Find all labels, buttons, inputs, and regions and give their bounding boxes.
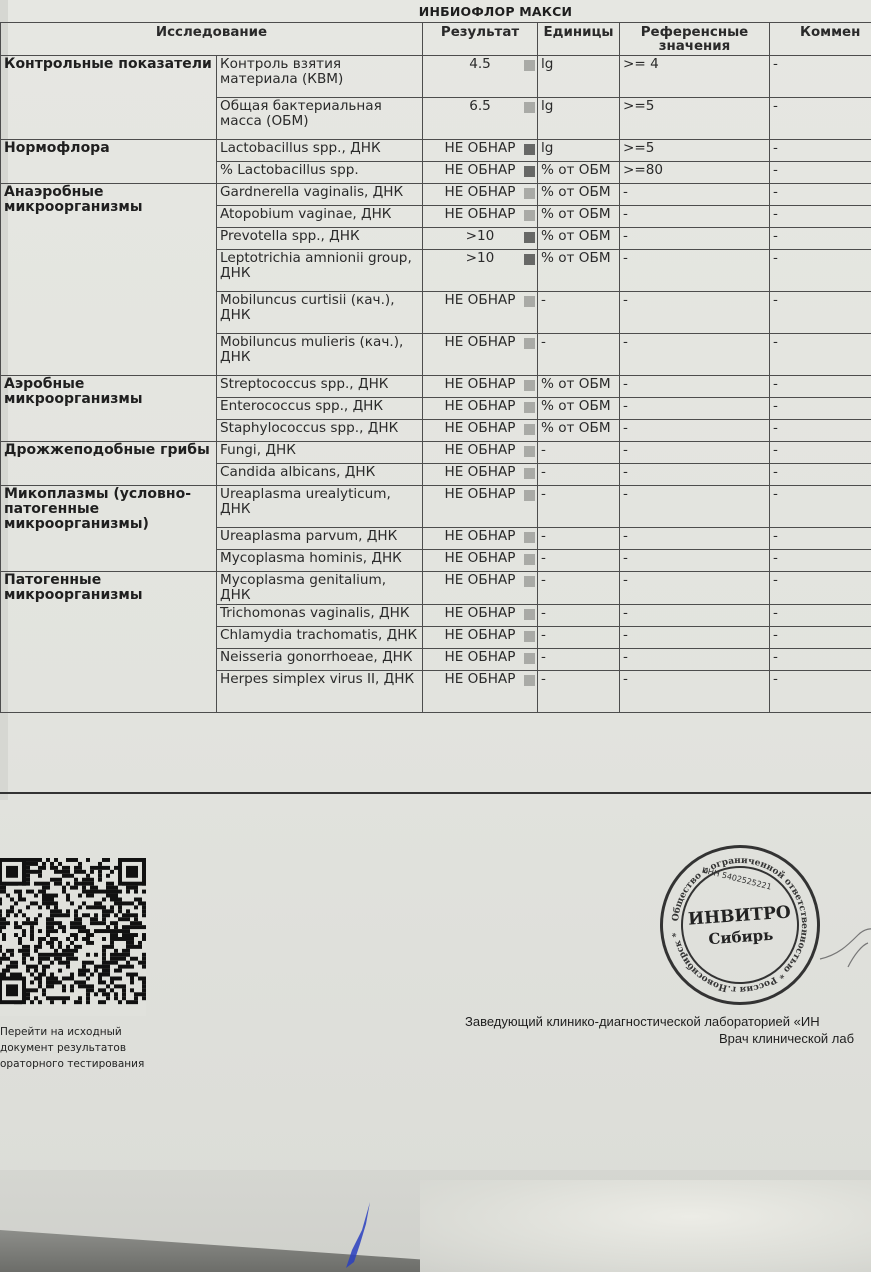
result-level-square-icon [524, 631, 535, 642]
reference-value-text: - [623, 376, 628, 392]
comment-value-text: - [773, 442, 778, 458]
units-value-text: - [541, 464, 546, 480]
comment-value-text: - [773, 228, 778, 244]
result-value-text: НЕ ОБНАР [445, 184, 516, 200]
comment-value-text: - [773, 56, 778, 72]
reference-value: - [620, 292, 770, 334]
comment-value: - [770, 649, 871, 671]
result-level-square-icon [524, 402, 535, 413]
units-value: - [538, 442, 620, 464]
result-value-text: НЕ ОБНАР [445, 572, 516, 588]
test-name: Prevotella spp., ДНК [217, 228, 423, 250]
comment-value-text: - [773, 140, 778, 156]
result-value-text: НЕ ОБНАР [445, 162, 516, 178]
result-value: НЕ ОБНАР [423, 464, 538, 486]
comment-value-text: - [773, 398, 778, 414]
reference-value-text: - [623, 671, 628, 687]
comment-value-text: - [773, 627, 778, 643]
result-level-square-icon [524, 60, 535, 71]
result-level-square-icon [524, 254, 535, 265]
units-value-text: % от ОБМ [541, 162, 611, 178]
units-value-text: - [541, 528, 546, 544]
units-value: - [538, 605, 620, 627]
result-level-square-icon [524, 232, 535, 243]
test-name-text: Trichomonas vaginalis, ДНК [220, 605, 409, 621]
comment-value-text: - [773, 162, 778, 178]
result-value-text: >10 [466, 228, 495, 244]
units-value: lg [538, 98, 620, 140]
test-name-text: Lactobacillus spp., ДНК [220, 140, 381, 156]
result-level-square-icon [524, 380, 535, 391]
qr-caption: Перейти на исходный документ результатов… [0, 1024, 160, 1072]
test-name: Leptotrichia amnionii group, ДНК [217, 250, 423, 292]
comment-value: - [770, 550, 871, 572]
reference-value: >=5 [620, 140, 770, 162]
result-level-square-icon [524, 468, 535, 479]
test-name-text: Общая бактериальная масса (ОБМ) [220, 98, 382, 129]
signature-scribble [818, 915, 871, 975]
table-header-row: Исследование Результат Единицы Референсн… [1, 23, 871, 56]
result-level-square-icon [524, 102, 535, 113]
group-label: Микоплазмы (условно-патогенные микроорга… [1, 486, 217, 572]
reference-value-text: - [623, 420, 628, 436]
result-value: НЕ ОБНАР [423, 162, 538, 184]
units-value-text: - [541, 627, 546, 643]
reference-value-text: - [623, 572, 628, 588]
reference-value: - [620, 420, 770, 442]
result-value: НЕ ОБНАР [423, 292, 538, 334]
result-value-text: НЕ ОБНАР [445, 420, 516, 436]
comment-value: - [770, 398, 871, 420]
result-level-square-icon [524, 210, 535, 221]
results-table: Исследование Результат Единицы Референсн… [0, 22, 871, 713]
units-value-text: - [541, 486, 546, 502]
units-value-text: - [541, 292, 546, 308]
comment-value: - [770, 206, 871, 228]
comment-value: - [770, 98, 871, 140]
result-level-square-icon [524, 609, 535, 620]
test-name-text: Leptotrichia amnionii group, ДНК [220, 250, 412, 281]
result-value-text: НЕ ОБНАР [445, 140, 516, 156]
table-row: Анаэробные микроорганизмыGardnerella vag… [1, 184, 871, 206]
units-value: - [538, 671, 620, 713]
qr-code[interactable] [0, 858, 146, 1016]
units-value-text: lg [541, 98, 553, 114]
organization-stamp: Общество с ограниченной ответственностью… [655, 840, 826, 1011]
reference-value: - [620, 228, 770, 250]
group-label: Дрожжеподобные грибы [1, 442, 217, 486]
units-value: - [538, 627, 620, 649]
result-value: >10 [423, 250, 538, 292]
test-name: Chlamydia trachomatis, ДНК [217, 627, 423, 649]
comment-value-text: - [773, 605, 778, 621]
result-level-square-icon [524, 446, 535, 457]
reference-value: - [620, 250, 770, 292]
result-value: НЕ ОБНАР [423, 420, 538, 442]
test-name-text: Candida albicans, ДНК [220, 464, 375, 480]
comment-value: - [770, 572, 871, 605]
comment-value-text: - [773, 486, 778, 502]
reference-value-text: >=5 [623, 140, 654, 156]
result-level-square-icon [524, 424, 535, 435]
result-value: >10 [423, 228, 538, 250]
group-label: Анаэробные микроорганизмы [1, 184, 217, 376]
test-name: Atopobium vaginae, ДНК [217, 206, 423, 228]
test-name-text: % Lactobacillus spp. [220, 162, 359, 178]
test-name: Herpes simplex virus II, ДНК [217, 671, 423, 713]
reference-value-text: - [623, 464, 628, 480]
units-value: - [538, 649, 620, 671]
result-value-text: НЕ ОБНАР [445, 464, 516, 480]
result-level-square-icon [524, 653, 535, 664]
comment-value: - [770, 184, 871, 206]
result-value-text: НЕ ОБНАР [445, 334, 516, 350]
reference-value-text: - [623, 228, 628, 244]
test-name: Mobiluncus curtisii (кач.), ДНК [217, 292, 423, 334]
comment-value: - [770, 486, 871, 528]
result-level-square-icon [524, 532, 535, 543]
result-level-square-icon [524, 166, 535, 177]
result-value-text: >10 [466, 250, 495, 266]
result-value-text: НЕ ОБНАР [445, 292, 516, 308]
result-value: НЕ ОБНАР [423, 486, 538, 528]
signature-doctor-line: Врач клинической лаб [719, 1031, 854, 1046]
result-value-text: НЕ ОБНАР [445, 605, 516, 621]
result-value: НЕ ОБНАР [423, 376, 538, 398]
units-value-text: - [541, 442, 546, 458]
units-value: - [538, 486, 620, 528]
units-value-text: % от ОБМ [541, 376, 611, 392]
test-name: Trichomonas vaginalis, ДНК [217, 605, 423, 627]
test-name-text: Mycoplasma genitalium, ДНК [220, 572, 386, 603]
reference-value-text: - [623, 528, 628, 544]
comment-value-text: - [773, 420, 778, 436]
reference-value-text: - [623, 649, 628, 665]
units-value: lg [538, 140, 620, 162]
reference-value-text: - [623, 292, 628, 308]
reference-value: - [620, 442, 770, 464]
result-value-text: НЕ ОБНАР [445, 528, 516, 544]
test-name: Gardnerella vaginalis, ДНК [217, 184, 423, 206]
comment-value: - [770, 162, 871, 184]
units-value: % от ОБМ [538, 162, 620, 184]
table-row: Микоплазмы (условно-патогенные микроорга… [1, 486, 871, 528]
reference-value-text: - [623, 184, 628, 200]
units-value: lg [538, 56, 620, 98]
test-name: Staphylococcus spp., ДНК [217, 420, 423, 442]
reference-value-text: - [623, 550, 628, 566]
comment-value: - [770, 420, 871, 442]
result-value-text: НЕ ОБНАР [445, 376, 516, 392]
comment-value: - [770, 442, 871, 464]
comment-value-text: - [773, 206, 778, 222]
comment-value-text: - [773, 184, 778, 200]
result-level-square-icon [524, 675, 535, 686]
test-name: % Lactobacillus spp. [217, 162, 423, 184]
result-value: 6.5 [423, 98, 538, 140]
units-value: - [538, 464, 620, 486]
result-value-text: НЕ ОБНАР [445, 206, 516, 222]
result-level-square-icon [524, 144, 535, 155]
reference-value: - [620, 649, 770, 671]
units-value: % от ОБМ [538, 206, 620, 228]
units-value-text: - [541, 334, 546, 350]
result-value: НЕ ОБНАР [423, 649, 538, 671]
test-name: Mycoplasma hominis, ДНК [217, 550, 423, 572]
units-value-text: % от ОБМ [541, 420, 611, 436]
result-value: НЕ ОБНАР [423, 605, 538, 627]
report-title: ИНБИОФЛОР МАКСИ [0, 4, 871, 19]
group-label: Патогенные микроорганизмы [1, 572, 217, 713]
reference-value: - [620, 605, 770, 627]
test-name-text: Chlamydia trachomatis, ДНК [220, 627, 417, 643]
table-row: НормофлораLactobacillus spp., ДНКНЕ ОБНА… [1, 140, 871, 162]
result-value: НЕ ОБНАР [423, 334, 538, 376]
result-value: НЕ ОБНАР [423, 184, 538, 206]
units-value: % от ОБМ [538, 250, 620, 292]
reference-value: - [620, 184, 770, 206]
comment-value-text: - [773, 250, 778, 266]
units-value-text: - [541, 605, 546, 621]
result-value: НЕ ОБНАР [423, 398, 538, 420]
reference-value-text: - [623, 206, 628, 222]
test-name-text: Mycoplasma hominis, ДНК [220, 550, 402, 566]
test-name: Enterococcus spp., ДНК [217, 398, 423, 420]
test-name-text: Staphylococcus spp., ДНК [220, 420, 398, 436]
result-value-text: НЕ ОБНАР [445, 398, 516, 414]
units-value: - [538, 528, 620, 550]
result-level-square-icon [524, 296, 535, 307]
comment-value-text: - [773, 98, 778, 114]
result-value: НЕ ОБНАР [423, 572, 538, 605]
units-value-text: % от ОБМ [541, 228, 611, 244]
table-bottom-border [0, 792, 871, 794]
test-name-text: Fungi, ДНК [220, 442, 296, 458]
group-label: Контрольные показатели [1, 56, 217, 140]
reference-value: - [620, 671, 770, 713]
result-value-text: НЕ ОБНАР [445, 442, 516, 458]
test-name-text: Mobiluncus curtisii (кач.), ДНК [220, 292, 395, 323]
comment-value: - [770, 292, 871, 334]
reference-value: - [620, 376, 770, 398]
test-name-text: Gardnerella vaginalis, ДНК [220, 184, 403, 200]
reference-value-text: >=80 [623, 162, 663, 178]
reference-value-text: - [623, 442, 628, 458]
test-name-text: Neisseria gonorrhoeae, ДНК [220, 649, 413, 665]
units-value: % от ОБМ [538, 398, 620, 420]
units-value: % от ОБМ [538, 228, 620, 250]
test-name-text: Контроль взятия материала (КВМ) [220, 56, 343, 87]
result-value-text: НЕ ОБНАР [445, 550, 516, 566]
reference-value: - [620, 464, 770, 486]
test-name-text: Herpes simplex virus II, ДНК [220, 671, 414, 687]
reference-value-text: >=5 [623, 98, 654, 114]
reference-value: - [620, 206, 770, 228]
reference-value: >=80 [620, 162, 770, 184]
test-name: Fungi, ДНК [217, 442, 423, 464]
result-value-text: 4.5 [469, 56, 491, 72]
table-row: Аэробные микроорганизмыStreptococcus spp… [1, 376, 871, 398]
test-name: Candida albicans, ДНК [217, 464, 423, 486]
result-level-square-icon [524, 490, 535, 501]
comment-value-text: - [773, 649, 778, 665]
units-value-text: % от ОБМ [541, 184, 611, 200]
test-name: Ureaplasma parvum, ДНК [217, 528, 423, 550]
comment-value: - [770, 250, 871, 292]
test-name-text: Atopobium vaginae, ДНК [220, 206, 391, 222]
test-name-text: Ureaplasma urealyticum, ДНК [220, 486, 391, 517]
reference-value: - [620, 486, 770, 528]
units-value-text: lg [541, 56, 553, 72]
result-value: НЕ ОБНАР [423, 627, 538, 649]
units-value-text: - [541, 649, 546, 665]
units-value: % от ОБМ [538, 184, 620, 206]
comment-value: - [770, 376, 871, 398]
col-header-result: Результат [423, 23, 538, 56]
result-value-text: НЕ ОБНАР [445, 649, 516, 665]
reference-value: - [620, 398, 770, 420]
reference-value-text: - [623, 250, 628, 266]
comment-value-text: - [773, 528, 778, 544]
comment-value: - [770, 605, 871, 627]
units-value: - [538, 292, 620, 334]
result-level-square-icon [524, 576, 535, 587]
reference-value: - [620, 334, 770, 376]
comment-value: - [770, 228, 871, 250]
units-value-text: - [541, 572, 546, 588]
units-value-text: - [541, 550, 546, 566]
col-header-units: Единицы [538, 23, 620, 56]
reference-value: >= 4 [620, 56, 770, 98]
reference-value: - [620, 528, 770, 550]
test-name-text: Ureaplasma parvum, ДНК [220, 528, 397, 544]
units-value: % от ОБМ [538, 420, 620, 442]
units-value-text: - [541, 671, 546, 687]
comment-value: - [770, 464, 871, 486]
comment-value-text: - [773, 334, 778, 350]
test-name: Mycoplasma genitalium, ДНК [217, 572, 423, 605]
comment-value-text: - [773, 292, 778, 308]
group-label: Нормофлора [1, 140, 217, 184]
test-name: Lactobacillus spp., ДНК [217, 140, 423, 162]
test-name: Общая бактериальная масса (ОБМ) [217, 98, 423, 140]
reference-value-text: - [623, 627, 628, 643]
result-value: НЕ ОБНАР [423, 671, 538, 713]
reference-value: - [620, 627, 770, 649]
result-value: НЕ ОБНАР [423, 206, 538, 228]
result-value-text: НЕ ОБНАР [445, 627, 516, 643]
units-value-text: % от ОБМ [541, 206, 611, 222]
comment-value: - [770, 56, 871, 98]
reference-value-text: - [623, 398, 628, 414]
result-value-text: 6.5 [469, 98, 491, 114]
reference-value-text: - [623, 334, 628, 350]
reference-value-text: >= 4 [623, 56, 659, 72]
col-header-test: Исследование [1, 23, 423, 56]
units-value: - [538, 550, 620, 572]
col-header-reference: Референсные значения [620, 23, 770, 56]
result-value-text: НЕ ОБНАР [445, 671, 516, 687]
lab-report-page: ИНБИОФЛОР МАКСИ Исследование Результат Е… [0, 0, 871, 1190]
ink-mark [340, 1200, 376, 1272]
table-row: Дрожжеподобные грибыFungi, ДНКНЕ ОБНАР--… [1, 442, 871, 464]
comment-value: - [770, 334, 871, 376]
col-header-comment: Коммен [770, 23, 871, 56]
test-name: Контроль взятия материала (КВМ) [217, 56, 423, 98]
units-value-text: % от ОБМ [541, 398, 611, 414]
comment-value-text: - [773, 550, 778, 566]
test-name-text: Mobiluncus mulieris (кач.), ДНК [220, 334, 403, 365]
table-row: Патогенные микроорганизмыMycoplasma geni… [1, 572, 871, 605]
reference-value-text: - [623, 486, 628, 502]
test-name: Mobiluncus mulieris (кач.), ДНК [217, 334, 423, 376]
surface-sheen [420, 1180, 871, 1272]
comment-value-text: - [773, 671, 778, 687]
comment-value-text: - [773, 572, 778, 588]
comment-value: - [770, 627, 871, 649]
result-value: НЕ ОБНАР [423, 442, 538, 464]
comment-value: - [770, 671, 871, 713]
reference-value-text: - [623, 605, 628, 621]
result-value: НЕ ОБНАР [423, 140, 538, 162]
test-name: Streptococcus spp., ДНК [217, 376, 423, 398]
signature-title-line: Заведующий клинико-диагностической лабор… [465, 1014, 820, 1029]
test-name: Neisseria gonorrhoeae, ДНК [217, 649, 423, 671]
reference-value: - [620, 572, 770, 605]
test-name: Ureaplasma urealyticum, ДНК [217, 486, 423, 528]
result-value: НЕ ОБНАР [423, 528, 538, 550]
result-value: НЕ ОБНАР [423, 550, 538, 572]
comment-value: - [770, 528, 871, 550]
units-value: - [538, 572, 620, 605]
units-value-text: lg [541, 140, 553, 156]
test-name-text: Enterococcus spp., ДНК [220, 398, 383, 414]
test-name-text: Streptococcus spp., ДНК [220, 376, 388, 392]
group-label: Аэробные микроорганизмы [1, 376, 217, 442]
results-body: Контрольные показателиКонтроль взятия ма… [1, 56, 871, 713]
reference-value: - [620, 550, 770, 572]
table-row: Контрольные показателиКонтроль взятия ма… [1, 56, 871, 98]
units-value: - [538, 334, 620, 376]
comment-value-text: - [773, 464, 778, 480]
reference-value: >=5 [620, 98, 770, 140]
result-level-square-icon [524, 338, 535, 349]
result-value-text: НЕ ОБНАР [445, 486, 516, 502]
result-level-square-icon [524, 188, 535, 199]
result-value: 4.5 [423, 56, 538, 98]
comment-value: - [770, 140, 871, 162]
units-value: % от ОБМ [538, 376, 620, 398]
comment-value-text: - [773, 376, 778, 392]
test-name-text: Prevotella spp., ДНК [220, 228, 360, 244]
result-level-square-icon [524, 554, 535, 565]
units-value-text: % от ОБМ [541, 250, 611, 266]
